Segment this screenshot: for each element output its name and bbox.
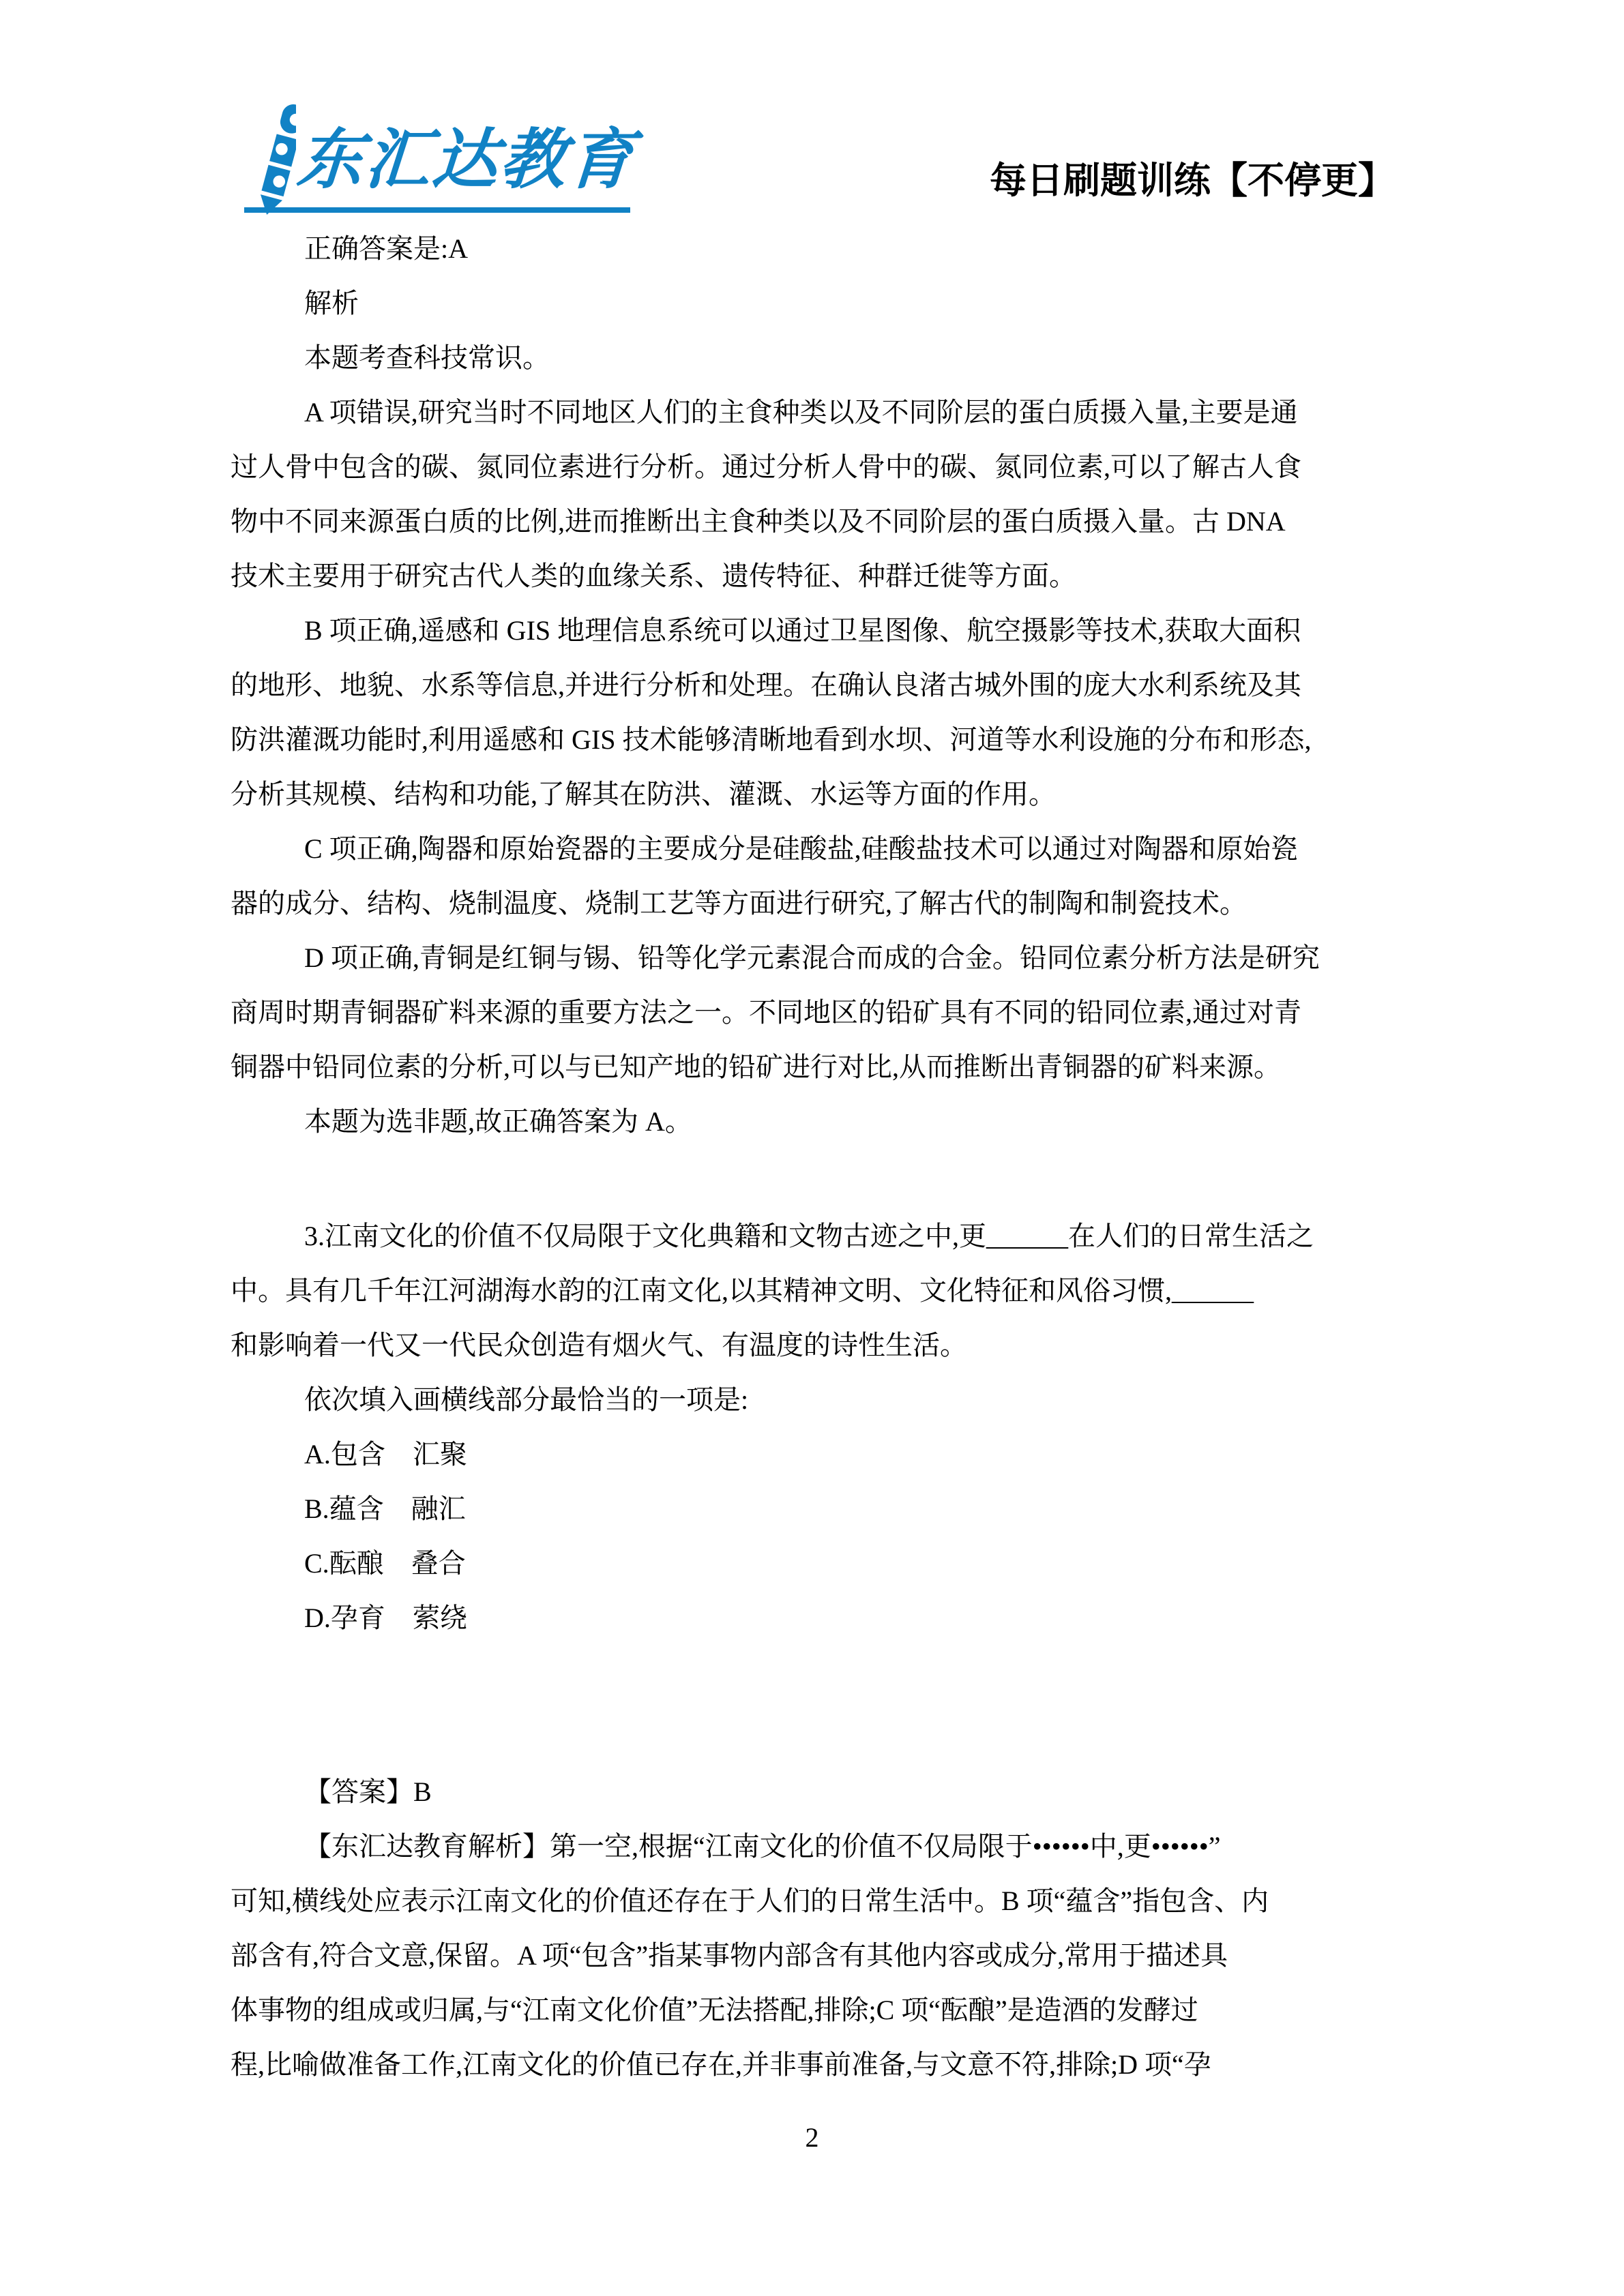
option-c-analysis: C 项正确,陶器和原始瓷器的主要成分是硅酸盐,硅酸盐技术可以通过对陶器和原始瓷器… <box>231 822 1394 931</box>
choice-c: C.酝酿 叠合 <box>231 1536 1394 1591</box>
text-line: 防洪灌溉功能时,利用遥感和 GIS 技术能够清晰地看到水坝、河道等水利设施的分布… <box>231 713 1394 767</box>
option-a-analysis: A 项错误,研究当时不同地区人们的主食种类以及不同阶层的蛋白质摄入量,主要是通过… <box>231 385 1394 603</box>
text-line: 正确答案是:A <box>231 222 1394 276</box>
option-b-analysis: B 项正确,遥感和 GIS 地理信息系统可以通过卫星图像、航空摄影等技术,获取大… <box>231 603 1394 822</box>
explanation-3: 【东汇达教育解析】第一空,根据“江南文化的价值不仅局限于••••••中,更•••… <box>231 1819 1394 2092</box>
document-body: 正确答案是:A解析本题考查科技常识。A 项错误,研究当时不同地区人们的主食种类以… <box>231 222 1394 2092</box>
text-line: 物中不同来源蛋白质的比例,进而推断出主食种类以及不同阶层的蛋白质摄入量。古 DN… <box>231 494 1394 549</box>
text-line: 部含有,符合文意,保留。A 项“包含”指某事物内部含有其他内容或成分,常用于描述… <box>231 1928 1394 1983</box>
text-line: 中。具有几千年江河湖海水韵的江南文化,以其精神文明、文化特征和风俗习惯,____… <box>231 1264 1394 1318</box>
text-line: D.孕育 萦绕 <box>231 1591 1394 1645</box>
answer-3: 【答案】B <box>231 1765 1394 1819</box>
text-line: A 项错误,研究当时不同地区人们的主食种类以及不同阶层的蛋白质摄入量,主要是通 <box>231 385 1394 440</box>
text-line: 过人骨中包含的碳、氮同位素进行分析。通过分析人骨中的碳、氮同位素,可以了解古人食 <box>231 440 1394 494</box>
text-line: B.蕴含 融汇 <box>231 1482 1394 1536</box>
text-line: 和影响着一代又一代民众创造有烟火气、有温度的诗性生活。 <box>231 1318 1394 1373</box>
choice-d: D.孕育 萦绕 <box>231 1591 1394 1645</box>
brand-name: 东汇达教育 <box>295 123 638 198</box>
analysis-heading: 解析 <box>231 276 1394 331</box>
text-line: 器的成分、结构、烧制温度、烧制工艺等方面进行研究,了解古代的制陶和制瓷技术。 <box>231 876 1394 931</box>
text-line: 解析 <box>231 276 1394 331</box>
text-line: 依次填入画横线部分最恰当的一项是: <box>231 1373 1394 1427</box>
logo-underline-divider <box>244 207 630 213</box>
exam-point: 本题考查科技常识。 <box>231 331 1394 385</box>
text-line: 本题为选非题,故正确答案为 A。 <box>231 1094 1394 1149</box>
text-line: D 项正确,青铜是红铜与锡、铅等化学元素混合而成的合金。铅同位素分析方法是研究 <box>231 931 1394 985</box>
text-line: 可知,横线处应表示江南文化的价值还存在于人们的日常生活中。B 项“蕴含”指包含、… <box>231 1874 1394 1928</box>
text-line: 【东汇达教育解析】第一空,根据“江南文化的价值不仅局限于••••••中,更•••… <box>231 1819 1394 1874</box>
text-line: 的地形、地貌、水系等信息,并进行分析和处理。在确认良渚古城外围的庞大水利系统及其 <box>231 658 1394 713</box>
text-line: C.酝酿 叠合 <box>231 1536 1394 1591</box>
text-line: 分析其规模、结构和功能,了解其在防洪、灌溉、水运等方面的作用。 <box>231 767 1394 822</box>
text-line: 本题考查科技常识。 <box>231 331 1394 385</box>
pen-icon <box>240 101 296 215</box>
text-line: 体事物的组成或归属,与“江南文化价值”无法搭配,排除;C 项“酝酿”是造酒的发酵… <box>231 1983 1394 2038</box>
question-3: 3.江南文化的价值不仅局限于文化典籍和文物古迹之中,更______在人们的日常生… <box>231 1209 1394 1373</box>
text-line: A.包含 汇聚 <box>231 1427 1394 1482</box>
choice-a: A.包含 汇聚 <box>231 1427 1394 1482</box>
text-line: 3.江南文化的价值不仅局限于文化典籍和文物古迹之中,更______在人们的日常生… <box>231 1209 1394 1264</box>
text-line: 程,比喻做准备工作,江南文化的价值已存在,并非事前准备,与文意不符,排除;D 项… <box>231 2038 1394 2092</box>
text-line: B 项正确,遥感和 GIS 地理信息系统可以通过卫星图像、航空摄影等技术,获取大… <box>231 603 1394 658</box>
document-page: 东汇达教育 每日刷题训练【不停更】 正确答案是:A解析本题考查科技常识。A 项错… <box>0 0 1624 2296</box>
text-line: 【答案】B <box>231 1765 1394 1819</box>
brand-logo: 东汇达教育 <box>240 100 636 217</box>
choice-b: B.蕴含 融汇 <box>231 1482 1394 1536</box>
correct-answer-line: 正确答案是:A <box>231 222 1394 276</box>
text-line: 技术主要用于研究古代人类的血缘关系、遗传特征、种群迁徙等方面。 <box>231 549 1394 603</box>
page-number: 2 <box>0 2117 1624 2158</box>
header-tagline: 每日刷题训练【不停更】 <box>990 157 1395 205</box>
option-d-analysis: D 项正确,青铜是红铜与锡、铅等化学元素混合而成的合金。铅同位素分析方法是研究商… <box>231 931 1394 1094</box>
text-line: C 项正确,陶器和原始瓷器的主要成分是硅酸盐,硅酸盐技术可以通过对陶器和原始瓷 <box>231 822 1394 876</box>
conclusion-line: 本题为选非题,故正确答案为 A。 <box>231 1094 1394 1149</box>
text-line: 商周时期青铜器矿料来源的重要方法之一。不同地区的铅矿具有不同的铅同位素,通过对青 <box>231 985 1394 1040</box>
text-line: 铜器中铅同位素的分析,可以与已知产地的铅矿进行对比,从而推断出青铜器的矿料来源。 <box>231 1040 1394 1094</box>
question-3-prompt: 依次填入画横线部分最恰当的一项是: <box>231 1373 1394 1427</box>
